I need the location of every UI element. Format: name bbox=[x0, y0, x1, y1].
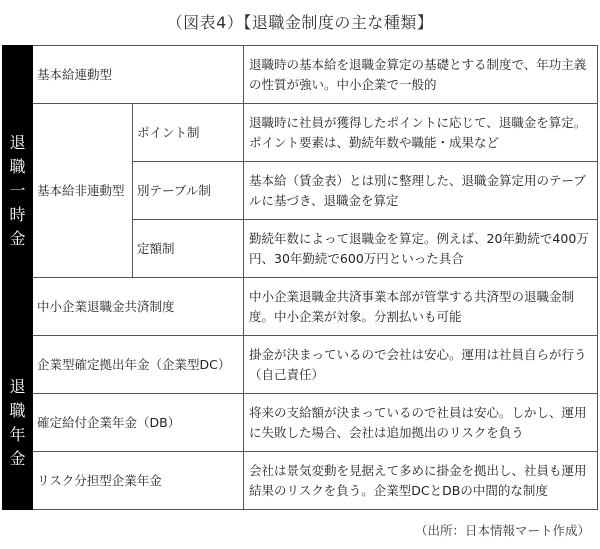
system-name: 基本給非連動型 bbox=[33, 104, 133, 278]
figure-title: （図表4）【退職金制度の主な種類】 bbox=[0, 10, 600, 33]
table-row: 確定給付企業年金（DB） 将来の支給額が決まっているので社員は安心。しかし、運用… bbox=[3, 394, 598, 452]
system-name: 確定給付企業年金（DB） bbox=[33, 394, 244, 452]
subsystem-name: 定額制 bbox=[133, 220, 244, 278]
system-description: 退職時に社員が獲得したポイントに応じて、退職金を算定。ポイント要素は、勤続年数や… bbox=[244, 104, 598, 162]
system-description: 将来の支給額が決まっているので社員は安心。しかし、運用に失敗した場合、会社は追加… bbox=[244, 394, 598, 452]
system-description: 基本給（賃金表）とは別に整理した、退職金算定用のテーブルに基づき、退職金を算定 bbox=[244, 162, 598, 220]
system-name: 中小企業退職金共済制度 bbox=[33, 278, 244, 336]
source-note: （出所：日本情報マート作成） bbox=[415, 521, 590, 539]
system-name: リスク分担型企業年金 bbox=[33, 452, 244, 510]
table-row: リスク分担型企業年金 会社は景気変動を見据えて多めに掛金を拠出し、社員も運用結果… bbox=[3, 452, 598, 510]
group-label-pension: 退職年金 bbox=[3, 336, 33, 510]
system-description: 勤続年数によって退職金を算定。例えば、20年勤続で400万円、30年勤続で600… bbox=[244, 220, 598, 278]
group-label-lump-sum: 退職一時金 bbox=[3, 46, 33, 336]
subsystem-name: ポイント制 bbox=[133, 104, 244, 162]
retirement-systems-table: 退職一時金 基本給連動型 退職時の基本給を退職金算定の基礎とする制度で、年功主義… bbox=[2, 45, 598, 510]
table-row: 退職一時金 基本給連動型 退職時の基本給を退職金算定の基礎とする制度で、年功主義… bbox=[3, 46, 598, 104]
system-description: 退職時の基本給を退職金算定の基礎とする制度で、年功主義の性質が強い。中小企業で一… bbox=[244, 46, 598, 104]
system-description: 中小企業退職金共済事業本部が管掌する共済型の退職金制度。中小企業が対象。分割払い… bbox=[244, 278, 598, 336]
table-row: 退職年金 企業型確定拠出年金（企業型DC） 掛金が決まっているので会社は安心。運… bbox=[3, 336, 598, 394]
system-name: 基本給連動型 bbox=[33, 46, 244, 104]
subsystem-name: 別テーブル制 bbox=[133, 162, 244, 220]
table-row: 基本給非連動型 ポイント制 退職時に社員が獲得したポイントに応じて、退職金を算定… bbox=[3, 104, 598, 162]
system-description: 会社は景気変動を見据えて多めに掛金を拠出し、社員も運用結果のリスクを負う。企業型… bbox=[244, 452, 598, 510]
system-name: 企業型確定拠出年金（企業型DC） bbox=[33, 336, 244, 394]
system-description: 掛金が決まっているので会社は安心。運用は社員自らが行う（自己責任） bbox=[244, 336, 598, 394]
table-row: 中小企業退職金共済制度 中小企業退職金共済事業本部が管掌する共済型の退職金制度。… bbox=[3, 278, 598, 336]
